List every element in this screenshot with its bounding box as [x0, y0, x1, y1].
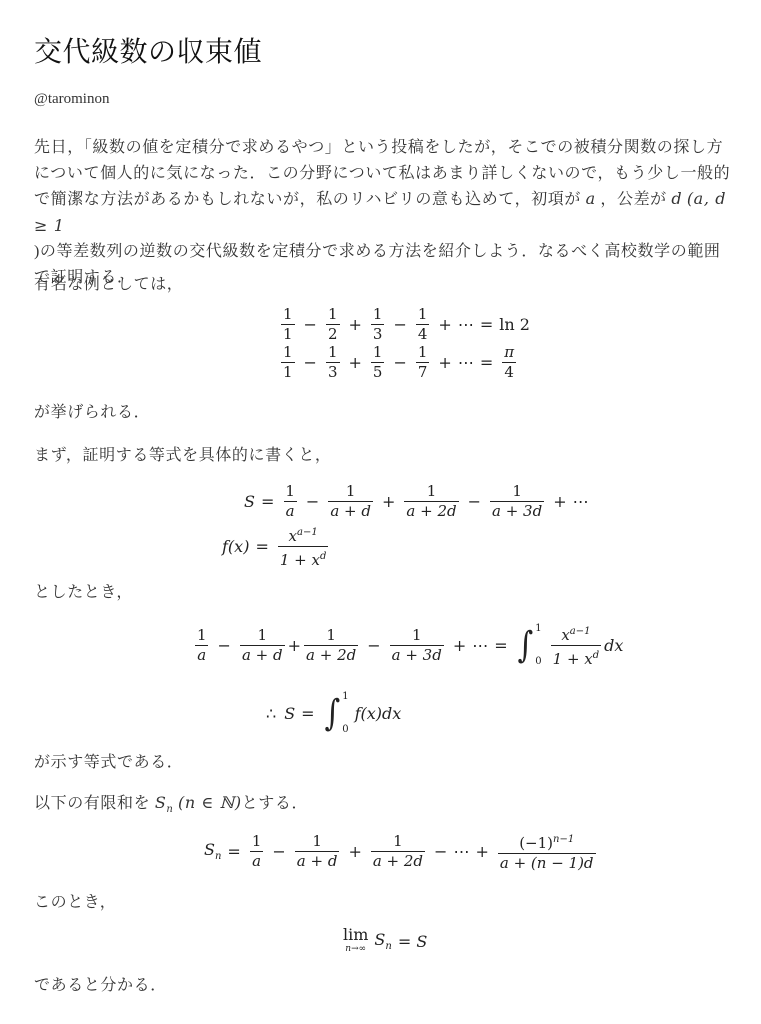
therefore-equation: ∴ S = ∫ 10 f(x)dx — [266, 688, 401, 738]
page-title: 交代級数の収束値 — [34, 30, 262, 70]
intro-line: で簡潔な方法があるかもしれないが，私のリハビリの意も込めて，初項が a ，公差が… — [34, 186, 734, 239]
example-ln2: 11 − 12 + 13 − 14 + ⋯ = ln 2 — [278, 305, 530, 343]
math-d: d — [671, 189, 682, 208]
therefore-icon: ∴ — [266, 704, 276, 723]
partial-sum-text: 以下の有限和を Sn (n ∈ ℕ)とする． — [34, 790, 734, 823]
conclusion-text: であると分かる． — [34, 973, 734, 999]
example-pi4: 11 − 13 + 15 − 17 + ⋯ = π4 — [278, 343, 530, 381]
author-handle[interactable]: @tarominon — [34, 91, 109, 108]
math-a: a — [586, 189, 596, 208]
intro-paragraph: 先日，「級数の値を定積分で求めるやつ」という投稿をしたが，そこでの被積分関数の探… — [34, 135, 734, 290]
integral-sign-icon: ∫ — [325, 692, 341, 734]
integral-identity: 1a − 1a + d + 1a + 2d − 1a + 3d + ⋯ = ∫ … — [192, 620, 623, 670]
S-definition: S = 1a − 1a + d + 1a + 2d − 1a + 3d + ⋯ — [244, 480, 589, 522]
examples-equations: 11 − 12 + 13 − 14 + ⋯ = ln 2 11 − 13 + 1… — [278, 305, 530, 381]
famous-examples-text: 有名な例としては， — [34, 272, 734, 298]
then-text: としたとき， — [34, 580, 734, 606]
intro-line: について個人的に気になった．この分野について私はあまり詳しくないので，もう少し一… — [34, 161, 734, 187]
Sn-definition: Sn = 1a − 1a + d + 1a + 2d − ⋯ + (−1)n−1… — [204, 828, 599, 874]
examples-after-text: が挙げられる． — [34, 400, 734, 426]
intro-line: 先日，「級数の値を定積分で求めるやつ」という投稿をしたが，そこでの被積分関数の探… — [34, 135, 734, 161]
shows-text: が示す等式である． — [34, 750, 734, 776]
integral-sign-icon: ∫ — [518, 624, 534, 666]
f-definition: f(x) = xa−1 1 + xd — [222, 524, 331, 568]
limit-equation: limn→∞ Sn = S — [343, 926, 427, 956]
at-this-time-text: このとき， — [34, 890, 734, 916]
intro-line: )の等差数列の逆数の交代級数を定積分で求める方法を紹介しよう．なるべく高校数学の… — [34, 239, 734, 265]
first-text: まず，証明する等式を具体的に書くと， — [34, 443, 734, 469]
